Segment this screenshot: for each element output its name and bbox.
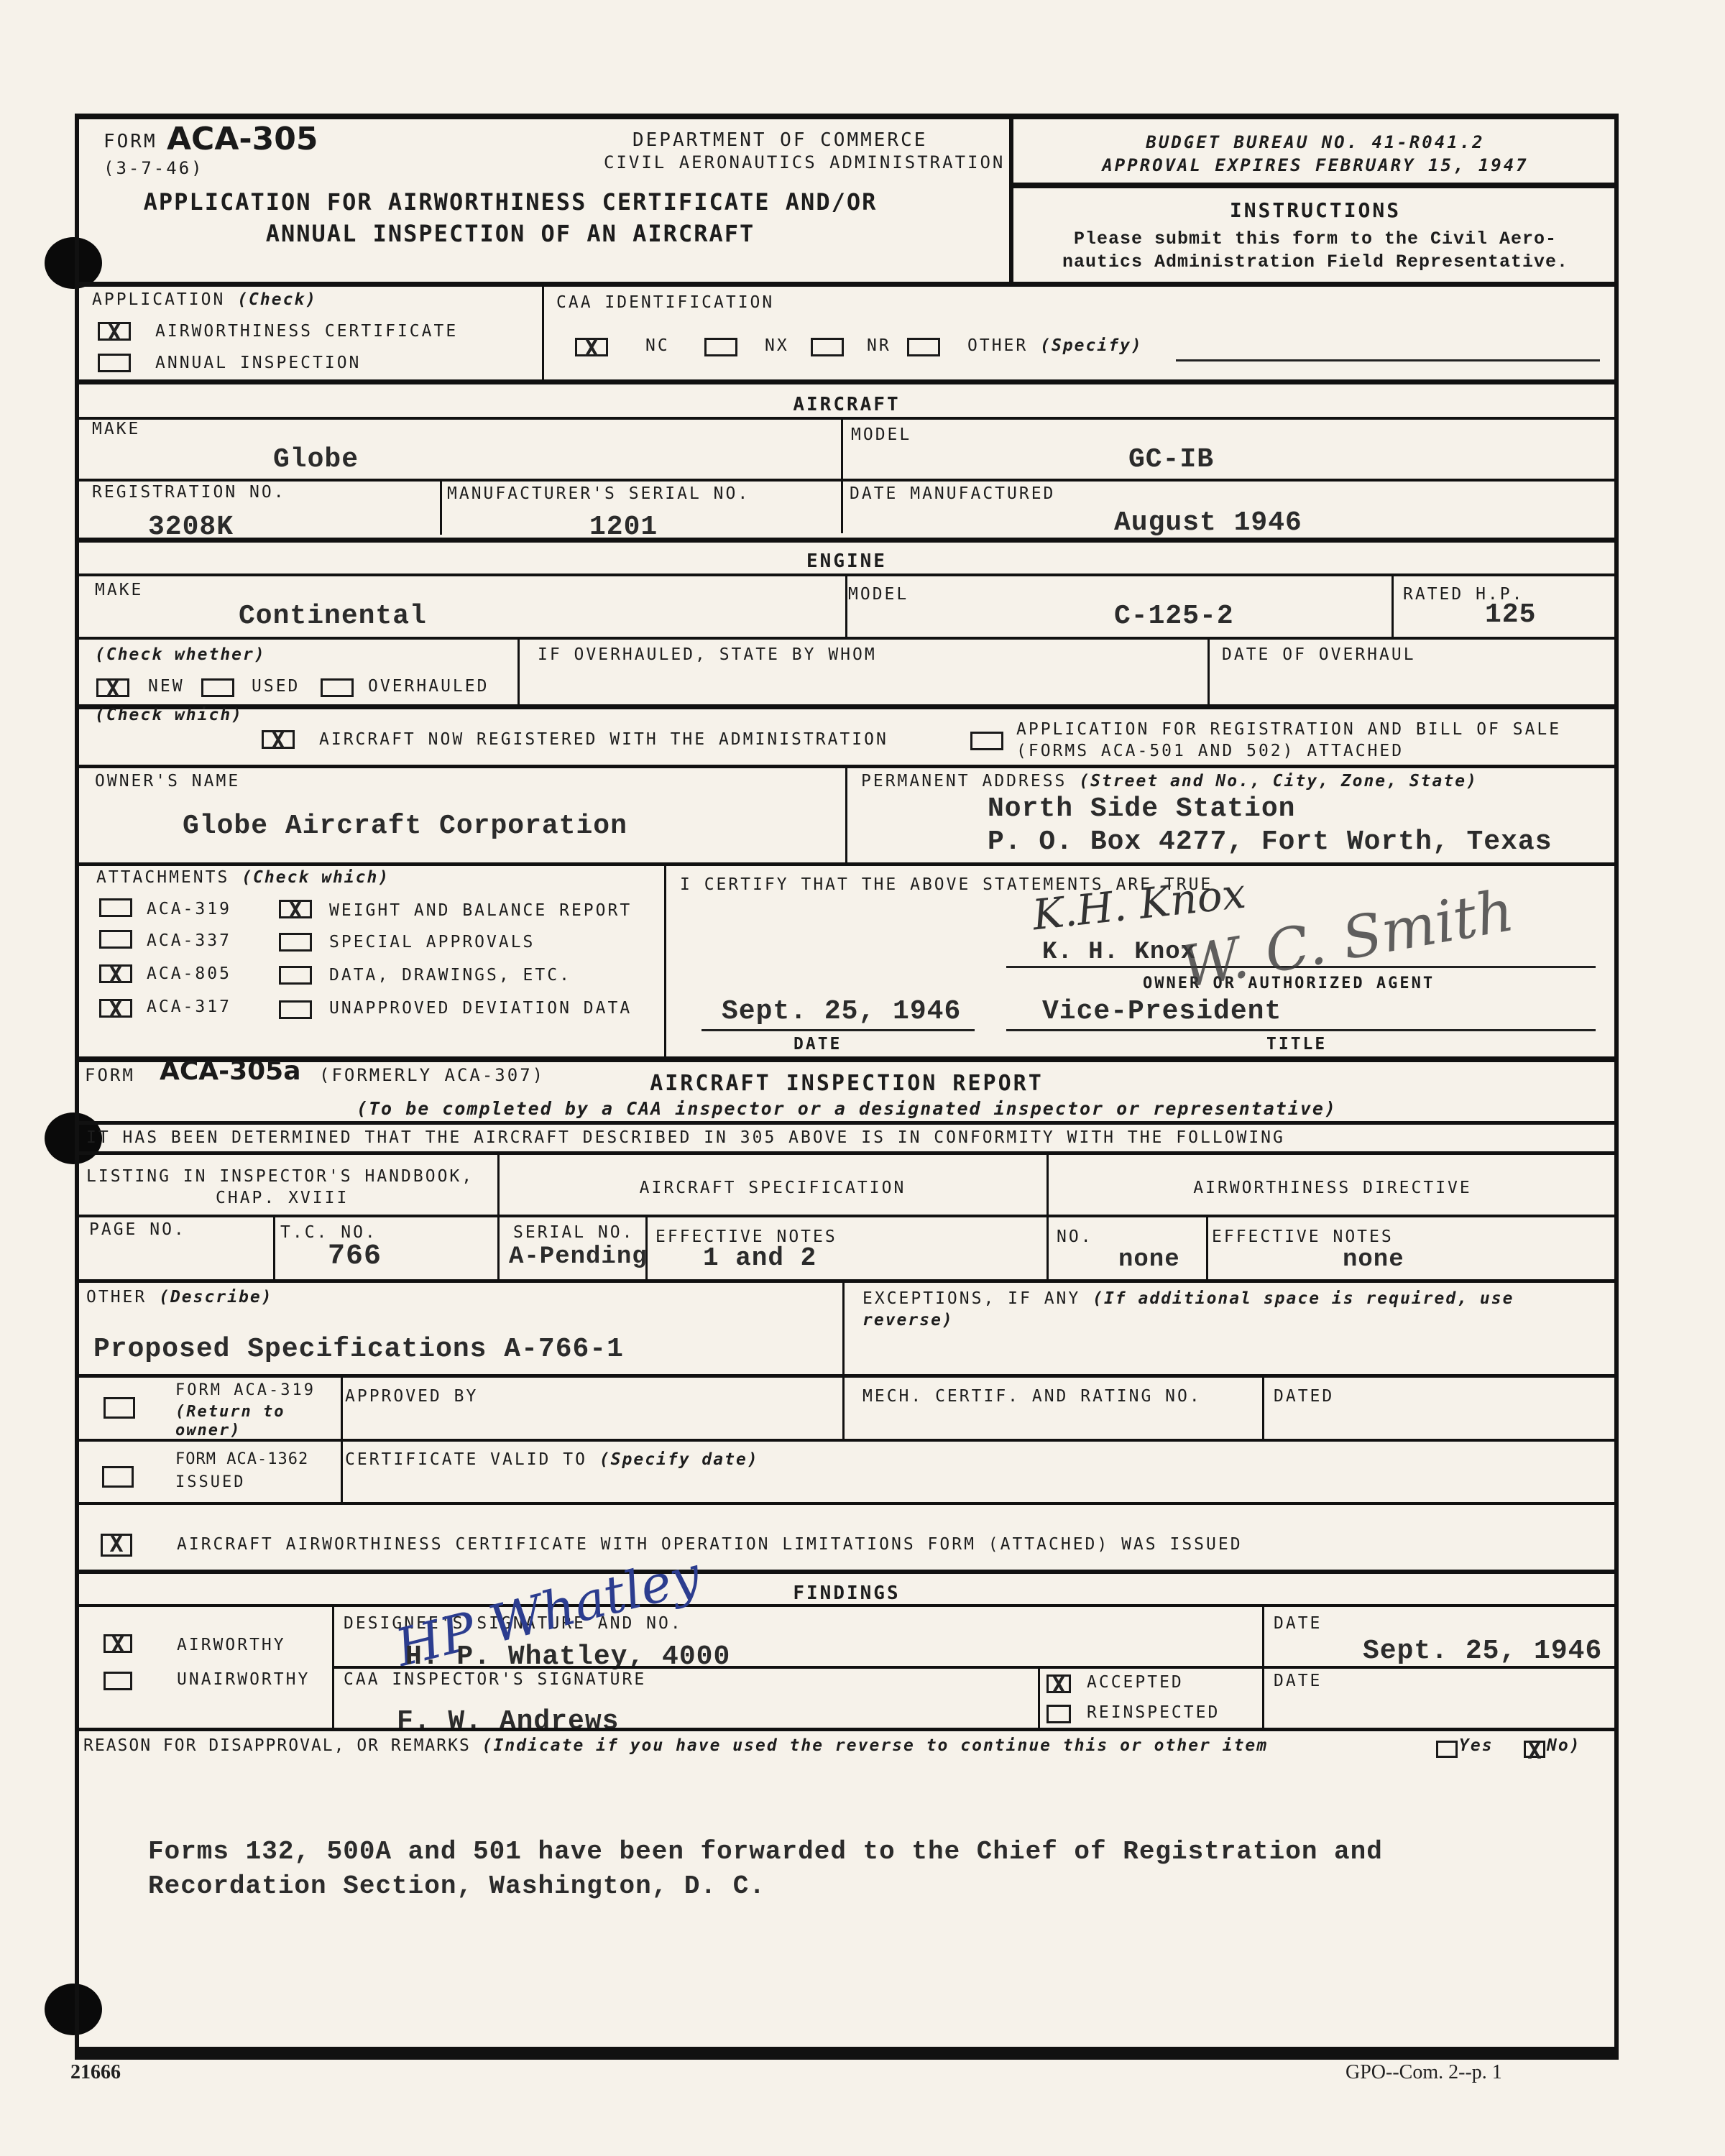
spec-serial-label: SERIAL NO. <box>513 1223 634 1242</box>
approval-expires: APPROVAL EXPIRES FEBRUARY 15, 1947 <box>1013 155 1617 175</box>
instructions-title: INSTRUCTIONS <box>1013 198 1617 222</box>
reverse-used-no-checkbox[interactable] <box>1524 1741 1545 1758</box>
attachment-aca-805-label: ACA-805 <box>147 964 231 983</box>
instructions-text-line2: nautics Administration Field Representat… <box>1013 252 1617 272</box>
inspector-name[interactable]: F. W. Andrews <box>397 1706 619 1737</box>
divider <box>75 1056 1619 1062</box>
exceptions-note-2: reverse) <box>862 1311 954 1330</box>
dated-label: DATED <box>1274 1387 1334 1406</box>
designee-date-label: DATE <box>1274 1614 1322 1633</box>
form-aca-1362-checkbox[interactable] <box>102 1466 134 1488</box>
aircraft-registered-label: AIRCRAFT NOW REGISTERED WITH THE ADMINIS… <box>319 730 888 749</box>
airworthiness-certificate-label: AIRWORTHINESS CERTIFICATE <box>155 322 458 341</box>
nr-label: NR <box>867 336 891 355</box>
inspection-report-subtitle: (To be completed by a CAA inspector or a… <box>75 1098 1619 1119</box>
address-line-2[interactable]: P. O. Box 4277, Fort Worth, Texas <box>988 826 1552 857</box>
overhaul-date-label: DATE OF OVERHAUL <box>1222 645 1416 664</box>
reverse-used-yes-label: Yes <box>1459 1736 1494 1755</box>
operation-limitations-label: AIRCRAFT AIRWORTHINESS CERTIFICATE WITH … <box>177 1535 1243 1554</box>
other-checkbox[interactable] <box>907 338 940 356</box>
airworthiness-directive-label: AIRWORTHINESS DIRECTIVE <box>1046 1179 1619 1197</box>
accepted-label: ACCEPTED <box>1087 1673 1184 1692</box>
overhauled-by-label: IF OVERHAULED, STATE BY WHOM <box>538 645 877 664</box>
attachment-aca-319-label: ACA-319 <box>147 900 231 918</box>
ad-effective-notes-label: EFFECTIVE NOTES <box>1212 1227 1394 1246</box>
title-caption: TITLE <box>1266 1035 1327 1054</box>
divider <box>75 282 1619 287</box>
divider <box>75 1502 1619 1505</box>
divider <box>841 418 843 533</box>
airworthiness-certificate-checkbox[interactable] <box>98 322 131 341</box>
conformity-statement: IT HAS BEEN DETERMINED THAT THE AIRCRAFT… <box>86 1128 1285 1147</box>
annual-inspection-label: ANNUAL INSPECTION <box>155 354 361 372</box>
divider <box>1009 183 1619 188</box>
aircraft-section-title: AIRCRAFT <box>75 394 1619 415</box>
date-caption: DATE <box>793 1035 842 1054</box>
permanent-address-label: PERMANENT ADDRESS (Street and No., City,… <box>861 772 1478 791</box>
certificate-valid-to-label: CERTIFICATE VALID TO (Specify date) <box>345 1450 759 1469</box>
airworthy-checkbox[interactable] <box>103 1634 132 1653</box>
inspector-signature-label: CAA INSPECTOR'S SIGNATURE <box>344 1670 646 1689</box>
attachment-aca-337-label: ACA-337 <box>147 931 231 950</box>
approved-by-label: APPROVED BY <box>345 1387 478 1406</box>
ad-number-value[interactable]: none <box>1118 1246 1180 1273</box>
registration-application-label-2: (FORMS ACA-501 AND 502) ATTACHED <box>1016 742 1404 760</box>
other-specify-field[interactable] <box>1176 359 1600 361</box>
divider <box>845 575 847 638</box>
date-manufactured-value[interactable]: August 1946 <box>1114 507 1302 538</box>
form-revision-date: (3-7-46) <box>103 158 204 178</box>
divider <box>1206 1216 1208 1281</box>
engine-new-label: NEW <box>148 677 185 696</box>
registration-application-label-1: APPLICATION FOR REGISTRATION AND BILL OF… <box>1016 720 1561 739</box>
divider <box>75 538 1619 543</box>
data-drawings-label: DATA, DRAWINGS, ETC. <box>329 966 571 985</box>
divider <box>273 1216 275 1281</box>
divider <box>645 1216 648 1281</box>
agency: CIVIL AERONAUTICS ADMINISTRATION <box>604 152 1005 172</box>
form-prefix: FORM <box>103 131 157 152</box>
attachment-aca-805-checkbox[interactable] <box>99 964 132 983</box>
engine-condition-label: (Check whether) <box>95 645 266 664</box>
engine-model-value[interactable]: C-125-2 <box>1114 601 1234 632</box>
reverse-used-yes-checkbox[interactable] <box>1436 1741 1458 1758</box>
signatory-name: K. H. Knox <box>1042 939 1196 966</box>
weight-balance-label: WEIGHT AND BALANCE REPORT <box>329 901 632 920</box>
divider <box>75 479 1619 482</box>
owner-name-label: OWNER'S NAME <box>95 772 240 791</box>
engine-make-value[interactable]: Continental <box>239 601 427 632</box>
other-describe-label: OTHER (Describe) <box>86 1288 273 1307</box>
footer-form-code: 21666 <box>70 2061 121 2084</box>
nx-checkbox[interactable] <box>704 338 737 356</box>
divider <box>75 1279 1619 1283</box>
special-approvals-label: SPECIAL APPROVALS <box>329 933 535 952</box>
attachment-aca-319-checkbox[interactable] <box>99 898 132 917</box>
form-aca-1362-issued: ISSUED <box>175 1473 245 1491</box>
engine-used-checkbox[interactable] <box>201 678 234 697</box>
engine-make-label: MAKE <box>95 581 143 599</box>
aircraft-make-value[interactable]: Globe <box>273 444 359 475</box>
divider <box>75 1604 1619 1607</box>
divider <box>75 637 1619 640</box>
attachment-aca-337-checkbox[interactable] <box>99 930 132 949</box>
unapproved-deviation-label: UNAPPROVED DEVIATION DATA <box>329 999 632 1018</box>
divider <box>75 862 1619 866</box>
other-label: OTHER (Specify) <box>967 336 1143 355</box>
divider <box>75 417 1619 420</box>
certification-date[interactable]: Sept. 25, 1946 <box>722 996 961 1027</box>
nr-checkbox[interactable] <box>811 338 844 356</box>
unairworthy-label: UNAIRWORTHY <box>177 1670 310 1689</box>
airworthy-label: AIRWORTHY <box>177 1636 286 1654</box>
registration-check-label: (Check which) <box>95 706 243 724</box>
divider <box>1391 575 1394 638</box>
inspector-date-label: DATE <box>1274 1672 1322 1690</box>
divider <box>542 285 544 381</box>
divider <box>842 1281 845 1376</box>
date-line <box>701 1029 975 1031</box>
engine-model-label: MODEL <box>848 585 908 604</box>
aircraft-model-value[interactable]: GC-IB <box>1128 444 1214 475</box>
address-line-1[interactable]: North Side Station <box>988 793 1295 824</box>
special-approvals-checkbox[interactable] <box>279 933 312 952</box>
owner-name-value[interactable]: Globe Aircraft Corporation <box>183 811 627 842</box>
divider <box>845 766 847 864</box>
aircraft-make-label: MAKE <box>92 420 140 438</box>
registration-number-label: REGISTRATION NO. <box>92 483 286 502</box>
ad-effective-notes-value[interactable]: none <box>1343 1246 1404 1273</box>
designee-date-value[interactable]: Sept. 25, 1946 <box>1363 1636 1602 1667</box>
listing-label-line2: CHAP. XVIII <box>216 1189 349 1207</box>
engine-new-checkbox[interactable] <box>96 678 129 697</box>
form-aca-319-checkbox[interactable] <box>103 1397 135 1419</box>
annual-inspection-checkbox[interactable] <box>98 354 131 372</box>
budget-box <box>1009 119 1623 185</box>
registration-application-checkbox[interactable] <box>970 732 1003 750</box>
divider <box>75 1374 1619 1378</box>
engine-section-title: ENGINE <box>75 550 1619 572</box>
form-number: ACA-305 <box>167 121 318 157</box>
tc-number-value[interactable]: 766 <box>328 1240 382 1273</box>
weight-balance-checkbox[interactable] <box>279 900 312 918</box>
nc-checkbox[interactable] <box>575 338 608 356</box>
reinspected-checkbox[interactable] <box>1046 1705 1071 1723</box>
application-label: APPLICATION (Check) <box>92 290 317 309</box>
form-aca-319-note-2: owner) <box>175 1422 241 1439</box>
signatory-title[interactable]: Vice-President <box>1042 996 1282 1027</box>
other-describe-value[interactable]: Proposed Specifications A-766-1 <box>93 1334 624 1365</box>
listing-label-line1: LISTING IN INSPECTOR'S HANDBOOK, <box>86 1167 474 1186</box>
page-number-label: PAGE NO. <box>89 1220 186 1239</box>
divider <box>842 1376 845 1439</box>
divider <box>517 638 520 706</box>
divider <box>75 1570 1619 1574</box>
unairworthy-checkbox[interactable] <box>103 1672 132 1690</box>
ad-number-label: NO. <box>1057 1227 1093 1246</box>
data-drawings-checkbox[interactable] <box>279 966 312 985</box>
unapproved-deviation-checkbox[interactable] <box>279 1000 312 1019</box>
instructions-text-line1: Please submit this form to the Civil Aer… <box>1013 229 1617 249</box>
divider <box>332 1666 1619 1669</box>
aircraft-registered-checkbox[interactable] <box>262 730 295 749</box>
divider <box>75 1151 1619 1155</box>
date-manufactured-label: DATE MANUFACTURED <box>850 484 1055 503</box>
engine-used-label: USED <box>252 677 300 696</box>
divider <box>75 1121 1619 1125</box>
serial-number-label: MANUFACTURER'S SERIAL NO. <box>447 484 750 503</box>
caa-identification-label: CAA IDENTIFICATION <box>556 293 774 312</box>
findings-section-title: FINDINGS <box>75 1583 1619 1604</box>
rated-hp-value[interactable]: 125 <box>1485 599 1536 630</box>
department: DEPARTMENT OF COMMERCE <box>632 129 927 151</box>
operation-limitations-checkbox[interactable] <box>101 1534 132 1557</box>
aircraft-model-label: MODEL <box>851 425 911 444</box>
divider <box>75 1215 1619 1217</box>
exceptions-label: EXCEPTIONS, IF ANY (If additional space … <box>862 1289 1514 1308</box>
reverse-used-no-label: No) <box>1547 1736 1581 1755</box>
divider <box>1207 638 1210 706</box>
footer-printer-code: GPO--Com. 2--p. 1 <box>1345 2061 1502 2084</box>
remarks-text-line-1[interactable]: Forms 132, 500A and 501 have been forwar… <box>148 1837 1383 1866</box>
nx-label: NX <box>765 336 789 355</box>
nc-label: NC <box>645 336 670 355</box>
divider <box>1262 1376 1264 1439</box>
engine-overhauled-label: OVERHAULED <box>368 677 489 696</box>
divider <box>75 704 1619 709</box>
attachment-aca-317-label: ACA-317 <box>147 998 231 1016</box>
form-aca-319-label: FORM ACA-319 <box>175 1381 316 1399</box>
reinspected-label: REINSPECTED <box>1087 1703 1220 1722</box>
divider <box>664 864 666 1058</box>
remarks-text-line-2[interactable]: Recordation Section, Washington, D. C. <box>148 1871 765 1901</box>
engine-overhauled-checkbox[interactable] <box>321 678 354 697</box>
budget-bureau-number: BUDGET BUREAU NO. 41-R041.2 <box>1013 132 1617 152</box>
form-title-line2: ANNUAL INSPECTION OF AN AIRCRAFT <box>115 220 906 247</box>
aircraft-specification-label: AIRCRAFT SPECIFICATION <box>497 1179 1048 1197</box>
divider <box>75 1728 1619 1731</box>
accepted-checkbox[interactable] <box>1046 1674 1071 1693</box>
form-aca-1362-label: FORM ACA-1362 <box>175 1450 308 1468</box>
form-title-line1: APPLICATION FOR AIRWORTHINESS CERTIFICAT… <box>115 188 906 216</box>
divider <box>440 480 442 535</box>
inspection-report-title: AIRCRAFT INSPECTION REPORT <box>75 1071 1619 1096</box>
tc-number-label: T.C. NO. <box>280 1223 377 1242</box>
attachments-label: ATTACHMENTS (Check which) <box>96 868 390 887</box>
spec-effective-notes-value[interactable]: 1 and 2 <box>703 1243 816 1273</box>
divider <box>75 379 1619 384</box>
form-aca-319-note: (Return to <box>175 1403 285 1421</box>
divider <box>75 1439 1619 1442</box>
attachment-aca-317-checkbox[interactable] <box>99 999 132 1018</box>
remarks-label: REASON FOR DISAPPROVAL, OR REMARKS (Indi… <box>83 1736 1268 1755</box>
mech-certificate-label: MECH. CERTIF. AND RATING NO. <box>862 1387 1202 1406</box>
spec-serial-value[interactable]: A-Pending <box>509 1243 648 1271</box>
title-line <box>1006 1029 1596 1031</box>
divider <box>1038 1667 1040 1729</box>
